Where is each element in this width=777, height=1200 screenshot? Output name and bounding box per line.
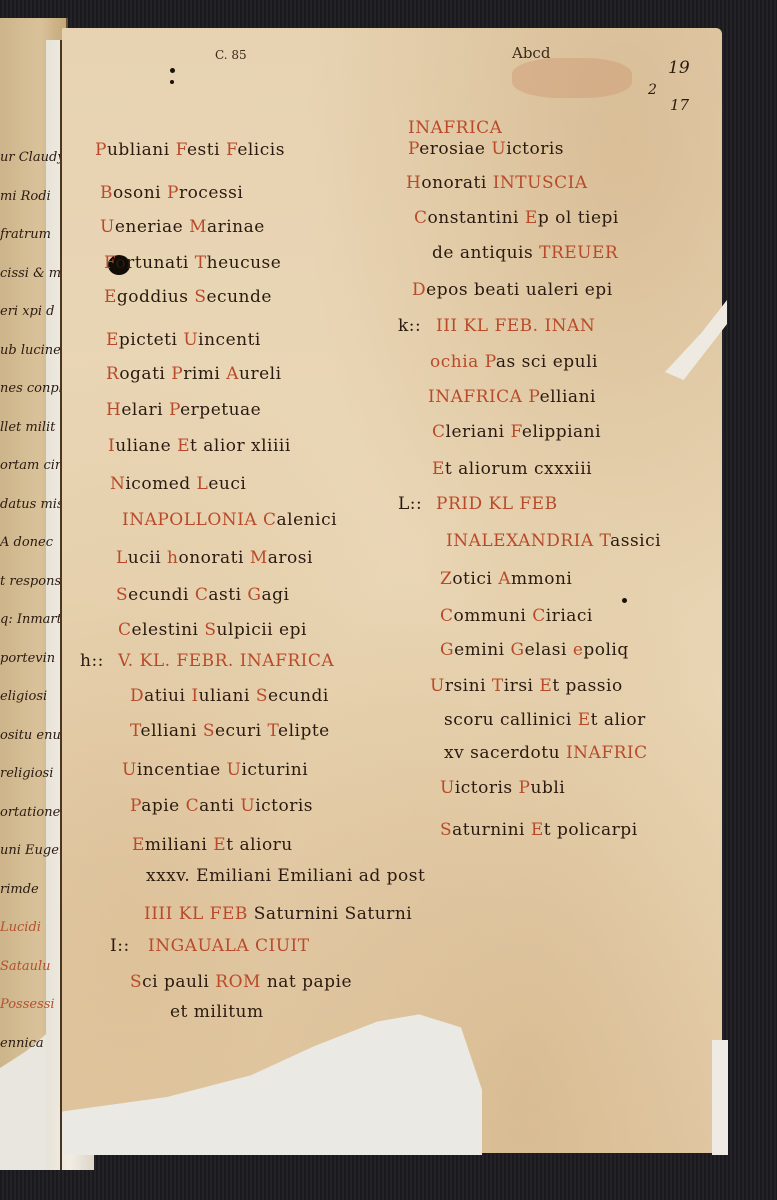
body-text: Saturnini Saturni xyxy=(248,904,412,924)
rubric-text: E xyxy=(578,710,591,730)
right-column-line: Depos beati ualeri epi xyxy=(412,280,613,300)
body-text: eneriae xyxy=(115,217,189,237)
header-note: Abcd xyxy=(512,44,550,62)
body-text: rimi xyxy=(183,364,226,384)
body-text: alenici xyxy=(277,510,337,530)
left-column-line: xxxv. Emiliani Emiliani ad post xyxy=(146,866,425,886)
rubric-text: A xyxy=(498,569,511,589)
left-column-line: Datiui Iuliani Secundi xyxy=(130,686,329,706)
left-column-line: Nicomed Leuci xyxy=(110,474,246,494)
facing-page-line: A donec xyxy=(0,535,60,550)
body-text: agi xyxy=(262,585,290,605)
left-column-line: Rogati Primi Aureli xyxy=(106,364,282,384)
right-column-line: de antiquis TREUER xyxy=(432,243,618,263)
rubric-text: T xyxy=(492,676,504,696)
right-column-line: INAFRICA Pelliani xyxy=(428,387,596,407)
body-text: icomed xyxy=(125,474,196,494)
body-text: mmoni xyxy=(511,569,572,589)
rubric-text: INAFRIC xyxy=(566,743,648,763)
body-text: emini xyxy=(454,640,510,660)
body-text: apie xyxy=(141,796,185,816)
rubric-text: S xyxy=(203,721,215,741)
rubric-text: ROM xyxy=(215,972,261,992)
body-text: elliani xyxy=(540,387,596,407)
facing-page-line: eligiosi xyxy=(0,689,60,704)
body-text: heucuse xyxy=(207,253,282,273)
rubric-text: E xyxy=(432,459,445,479)
folio-number-old: 17 xyxy=(670,96,689,114)
rubric-text: U xyxy=(240,796,255,816)
rubric-text: E xyxy=(106,330,119,350)
facing-page-line: ub lucine xyxy=(0,343,60,358)
body-text: xxxv. Emiliani Emiliani ad post xyxy=(146,866,425,886)
body-text: incentiae xyxy=(137,760,227,780)
right-column-line: Et aliorum cxxxiii xyxy=(432,459,592,479)
rubric-text: E xyxy=(213,835,226,855)
right-column-line: Communi Ciriaci xyxy=(440,606,593,626)
rubric-text: M xyxy=(189,217,207,237)
rubric-text: E xyxy=(525,208,538,228)
folio-number: 19 xyxy=(668,58,690,78)
rubric-text: M xyxy=(250,548,268,568)
body-text: arosi xyxy=(268,548,313,568)
body-text: asti xyxy=(208,585,247,605)
body-text: onorati xyxy=(179,548,250,568)
body-text: otici xyxy=(452,569,498,589)
facing-page-line: uni Eugen xyxy=(0,843,60,858)
body-text: goddius xyxy=(117,287,194,307)
body-text: elipte xyxy=(278,721,330,741)
rubric-text: P xyxy=(167,183,179,203)
left-column-line: Epicteti Uincenti xyxy=(106,330,261,350)
facing-page-line: rimde xyxy=(0,882,60,897)
facing-page-line: ortam cir xyxy=(0,458,60,473)
body-text: scoru callinici xyxy=(444,710,578,730)
rubric-text: Z xyxy=(440,569,452,589)
facing-page-line: Sataulu xyxy=(0,959,60,974)
right-column-line: Cleriani Felippiani xyxy=(432,422,601,442)
body-text: ictoris xyxy=(506,139,564,159)
rubric-text: U xyxy=(100,217,115,237)
rubric-text: R xyxy=(106,364,119,384)
body-text: ommuni xyxy=(454,606,533,626)
body-text: ictoris xyxy=(255,796,313,816)
rubric-text: E xyxy=(539,676,552,696)
margin-dot xyxy=(170,80,174,84)
body-text: elicis xyxy=(237,140,285,160)
left-column-line: Emiliani Et alioru xyxy=(132,835,293,855)
facing-page-line: cissi & m xyxy=(0,266,60,281)
body-text: icturini xyxy=(241,760,308,780)
rubric-text: E xyxy=(104,287,117,307)
left-column-line: Uincentiae Uicturini xyxy=(122,760,308,780)
rubric-text: U xyxy=(440,778,455,798)
rubric-text: F xyxy=(511,422,522,442)
rubric-text: P xyxy=(171,364,183,384)
rubric-text: N xyxy=(110,474,125,494)
rubric-text: U xyxy=(122,760,137,780)
rubric-text: G xyxy=(440,640,454,660)
body-text: esti xyxy=(187,140,226,160)
body-text: erosiae xyxy=(419,139,491,159)
rubric-text: H xyxy=(106,400,121,420)
rubric-text: L xyxy=(197,474,209,494)
rubric-text: PRID KL FEB xyxy=(436,494,558,514)
body-text: euci xyxy=(208,474,246,494)
facing-page-line: llet milit xyxy=(0,420,60,435)
rubric-text: U xyxy=(227,760,242,780)
body-text: ureli xyxy=(239,364,282,384)
body-text: t alior xyxy=(591,710,646,730)
body-text: ubli xyxy=(531,778,566,798)
body-text: miliani xyxy=(145,835,213,855)
rubric-text: H xyxy=(406,173,421,193)
facing-page-line: t respons xyxy=(0,574,60,589)
body-text: as sci epuli xyxy=(496,352,598,372)
facing-page-line: q: Inmart xyxy=(0,612,60,627)
rubric-text: INAFRICA xyxy=(428,387,528,407)
left-column-line: IIII KL FEB Saturnini Saturni xyxy=(144,904,412,924)
right-column-line: Saturnini Et policarpi xyxy=(440,820,638,840)
left-column-line: Lucii honorati Marosi xyxy=(116,548,313,568)
body-text: rsini xyxy=(445,676,492,696)
body-text: elliani xyxy=(141,721,203,741)
body-text: ortunati xyxy=(115,253,194,273)
facing-page-line: mi Rodi xyxy=(0,189,60,204)
body-text: elippiani xyxy=(522,422,601,442)
body-text: onorati xyxy=(421,173,492,193)
body-text: onstantini xyxy=(428,208,525,228)
rubric-text: C xyxy=(186,796,200,816)
rubric-text: L xyxy=(116,548,128,568)
body-text: t policarpi xyxy=(544,820,638,840)
margin-dot xyxy=(170,68,175,73)
water-stain xyxy=(512,58,632,98)
rubric-text: C xyxy=(414,208,428,228)
rubric-text: S xyxy=(194,287,206,307)
calendar-letter-marker: k:: xyxy=(398,316,421,336)
calendar-letter-marker: I:: xyxy=(110,936,130,956)
body-text: t aliorum cxxxiii xyxy=(445,459,592,479)
rubric-text: F xyxy=(226,140,237,160)
rubric-text: h xyxy=(167,548,178,568)
rubric-text: V. KL. FEBR. INAFRICA xyxy=(118,651,334,671)
left-column-line: Papie Canti Uictoris xyxy=(130,796,313,816)
right-column-line: Ursini Tirsi Et passio xyxy=(430,676,623,696)
rubric-text: A xyxy=(226,364,239,384)
body-text: ictoris xyxy=(455,778,519,798)
body-text: ecundi xyxy=(268,686,329,706)
facing-page-line: portevin xyxy=(0,651,60,666)
body-text: uliane xyxy=(115,436,177,456)
rubric-text: U xyxy=(430,676,445,696)
body-text: t passio xyxy=(552,676,622,696)
facing-page-line: ortationer xyxy=(0,805,60,820)
right-column-line: Gemini Gelasi epoliq xyxy=(440,640,629,660)
rubric-text: F xyxy=(104,253,115,273)
rubric-text: T xyxy=(267,721,278,741)
rubric-text: U xyxy=(491,139,506,159)
rubric-text: S xyxy=(440,820,452,840)
body-text: t alior xliiii xyxy=(190,436,291,456)
right-column-line: xv sacerdotu INAFRIC xyxy=(444,743,648,763)
right-column-line: k::III KL FEB. INAN xyxy=(436,316,595,336)
rubric-text: P xyxy=(130,796,141,816)
folio-number-alt: 2 xyxy=(648,82,657,98)
rubric-text: IIII KL FEB xyxy=(144,904,248,924)
body-text: picteti xyxy=(119,330,183,350)
body-text: anti xyxy=(199,796,240,816)
facing-page-line: Possessi xyxy=(0,997,60,1012)
body-text: ulpicii epi xyxy=(217,620,307,640)
left-column-line: Telliani Securi Telipte xyxy=(130,721,330,741)
left-column-line: Iuliane Et alior xliiii xyxy=(108,436,291,456)
rubric-text: ochia xyxy=(430,352,485,372)
right-column-line: Honorati INTUSCIA xyxy=(406,173,588,193)
rubric-text: B xyxy=(100,183,113,203)
left-column-line: Bosoni Processi xyxy=(100,183,243,203)
body-text: erpetuae xyxy=(180,400,261,420)
rubric-text: INAPOLLONIA xyxy=(122,510,263,530)
rubric-text: INTUSCIA xyxy=(493,173,588,193)
left-column-line: Egoddius Secunde xyxy=(104,287,272,307)
rubric-text: P xyxy=(408,139,419,159)
body-text: ogati xyxy=(119,364,171,384)
body-text: epos beati ualeri epi xyxy=(426,280,613,300)
right-column-line: INAFRICA xyxy=(408,118,502,138)
rubric-text: P xyxy=(485,352,496,372)
left-column-line: Celestini Sulpicii epi xyxy=(118,620,307,640)
body-text: elasi xyxy=(525,640,573,660)
rubric-text: C xyxy=(432,422,446,442)
body-text: assici xyxy=(610,531,661,551)
right-column-line: L::PRID KL FEB xyxy=(436,494,558,514)
rubric-text: INAFRICA xyxy=(408,118,502,138)
body-text: ci pauli xyxy=(142,972,215,992)
rubric-text: P xyxy=(519,778,531,798)
rubric-text: C xyxy=(195,585,209,605)
rubric-text: INGAUALA CIUIT xyxy=(148,936,310,956)
body-text: iriaci xyxy=(546,606,593,626)
facing-page-line: ur Claudy xyxy=(0,150,60,165)
facing-page-line: fratrum xyxy=(0,227,60,242)
facing-page-line: Lucidi xyxy=(0,920,60,935)
rubric-text: D xyxy=(412,280,426,300)
rubric-text: P xyxy=(95,140,107,160)
body-text: incenti xyxy=(198,330,261,350)
body-text: ucii xyxy=(128,548,167,568)
rubric-text: S xyxy=(256,686,268,706)
rubric-text: T xyxy=(195,253,207,273)
body-text: uliani xyxy=(199,686,256,706)
left-column-line: Publiani Festi Felicis xyxy=(95,140,285,160)
body-text: t alioru xyxy=(226,835,293,855)
rubric-text: E xyxy=(531,820,544,840)
body-text: de antiquis xyxy=(432,243,539,263)
left-column-line: Sci pauli ROM nat papie xyxy=(130,972,352,992)
right-column-line: INALEXANDRIA Tassici xyxy=(446,531,661,551)
body-text: ecunde xyxy=(206,287,271,307)
calendar-letter-marker: h:: xyxy=(80,651,104,671)
rubric-text: E xyxy=(177,436,190,456)
right-column-line: Zotici Ammoni xyxy=(440,569,572,589)
facing-page-line: ennica xyxy=(0,1036,60,1051)
body-text: atiui xyxy=(144,686,191,706)
body-text: osoni xyxy=(113,183,167,203)
facing-page-line: ositu enul xyxy=(0,728,60,743)
rubric-text: C xyxy=(118,620,132,640)
body-text: rocessi xyxy=(179,183,243,203)
rubric-text: S xyxy=(130,972,142,992)
left-column-line: Secundi Casti Gagi xyxy=(116,585,289,605)
body-text: aturnini xyxy=(452,820,531,840)
rubric-text: C xyxy=(532,606,546,626)
rubric-text: P xyxy=(169,400,180,420)
rubric-text: INALEXANDRIA xyxy=(446,531,600,551)
right-column-line: Uictoris Publi xyxy=(440,778,565,798)
rubric-text: TREUER xyxy=(539,243,618,263)
facing-page-line: eri xpi d xyxy=(0,304,60,319)
body-text: ecundi xyxy=(128,585,195,605)
left-column-line: h::V. KL. FEBR. INAFRICA xyxy=(118,651,334,671)
body-text: nat papie xyxy=(261,972,352,992)
body-text: ubliani xyxy=(107,140,176,160)
left-column-line: Helari Perpetuae xyxy=(106,400,261,420)
facing-page-line: datus missi xyxy=(0,497,60,512)
rubric-text: G xyxy=(247,585,261,605)
body-text: xv sacerdotu xyxy=(444,743,566,763)
rubric-text: F xyxy=(176,140,187,160)
rubric-text: G xyxy=(511,640,525,660)
rubric-text: S xyxy=(116,585,128,605)
body-text: p ol tiepi xyxy=(538,208,619,228)
rubric-text: III KL FEB. INAN xyxy=(436,316,595,336)
rubric-text: C xyxy=(440,606,454,626)
right-column-line: Constantini Ep ol tiepi xyxy=(414,208,619,228)
body-text: irsi xyxy=(504,676,540,696)
paper-repair-edge xyxy=(712,1040,728,1155)
facing-page-line: nes conpho xyxy=(0,381,60,396)
rubric-text: C xyxy=(263,510,277,530)
right-column-line: scoru callinici Et alior xyxy=(444,710,646,730)
rubric-text: D xyxy=(130,686,144,706)
rubric-text: S xyxy=(204,620,216,640)
left-column-line: et militum xyxy=(170,1002,264,1022)
facing-page-line: religiosi xyxy=(0,766,60,781)
rubric-text: E xyxy=(132,835,145,855)
right-column-line: ochia Pas sci epuli xyxy=(430,352,598,372)
body-text: poliq xyxy=(583,640,628,660)
rubric-text: T xyxy=(600,531,611,551)
body-text: ecuri xyxy=(215,721,268,741)
margin-dot xyxy=(622,598,627,603)
rubric-text: U xyxy=(183,330,198,350)
body-text: arinae xyxy=(207,217,265,237)
rubric-text: T xyxy=(130,721,141,741)
left-column-line: INAPOLLONIA Calenici xyxy=(122,510,337,530)
rubric-text: I xyxy=(191,686,198,706)
rubric-text: P xyxy=(528,387,539,407)
left-column-line: Fortunati Theucuse xyxy=(104,253,281,273)
body-text: elari xyxy=(121,400,169,420)
body-text: leriani xyxy=(446,422,511,442)
right-column-line: Perosiae Uictoris xyxy=(408,139,564,159)
calendar-letter-marker: L:: xyxy=(398,494,422,514)
shelfmark-note: C. 85 xyxy=(215,48,247,62)
left-column-line: I::INGAUALA CIUIT xyxy=(148,936,310,956)
body-text: elestini xyxy=(132,620,205,640)
body-text: et militum xyxy=(170,1002,264,1022)
left-column-line: Ueneriae Marinae xyxy=(100,217,265,237)
rubric-text: e xyxy=(573,640,584,660)
